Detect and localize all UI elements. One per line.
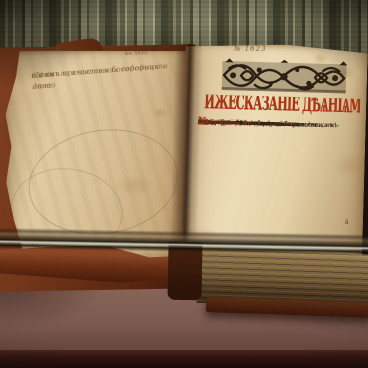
catalog-mark: Кн 5935 bbox=[125, 51, 148, 57]
inscription-line: Ѡсиѧ bbox=[31, 69, 54, 81]
typeset-text: сказанїе извѣстно главамъ , ѧже Ѿ чтенїѧ… bbox=[198, 118, 356, 122]
table-front-edge bbox=[0, 350, 368, 368]
photo-scene: Кн 5935 сїѧ книга глаголемаѧ соборникъ д… bbox=[0, 0, 368, 368]
headpiece-woodcut-icon bbox=[221, 58, 348, 96]
right-page: № 1623 ИЖЕСКАЗАНЇЕ ДѢѦНЇѦМЪ сказанїе изв… bbox=[180, 42, 368, 263]
handwritten-number: № 1623 bbox=[234, 45, 267, 53]
foliation-mark: а̄ bbox=[345, 219, 349, 226]
vyaz-title: ИЖЕСКАЗАНЇЕ ДѢѦНЇѦМЪ bbox=[204, 95, 360, 118]
owner-inscription: сїѧ книга глаголемаѧ соборникъ данав дом… bbox=[31, 61, 171, 71]
